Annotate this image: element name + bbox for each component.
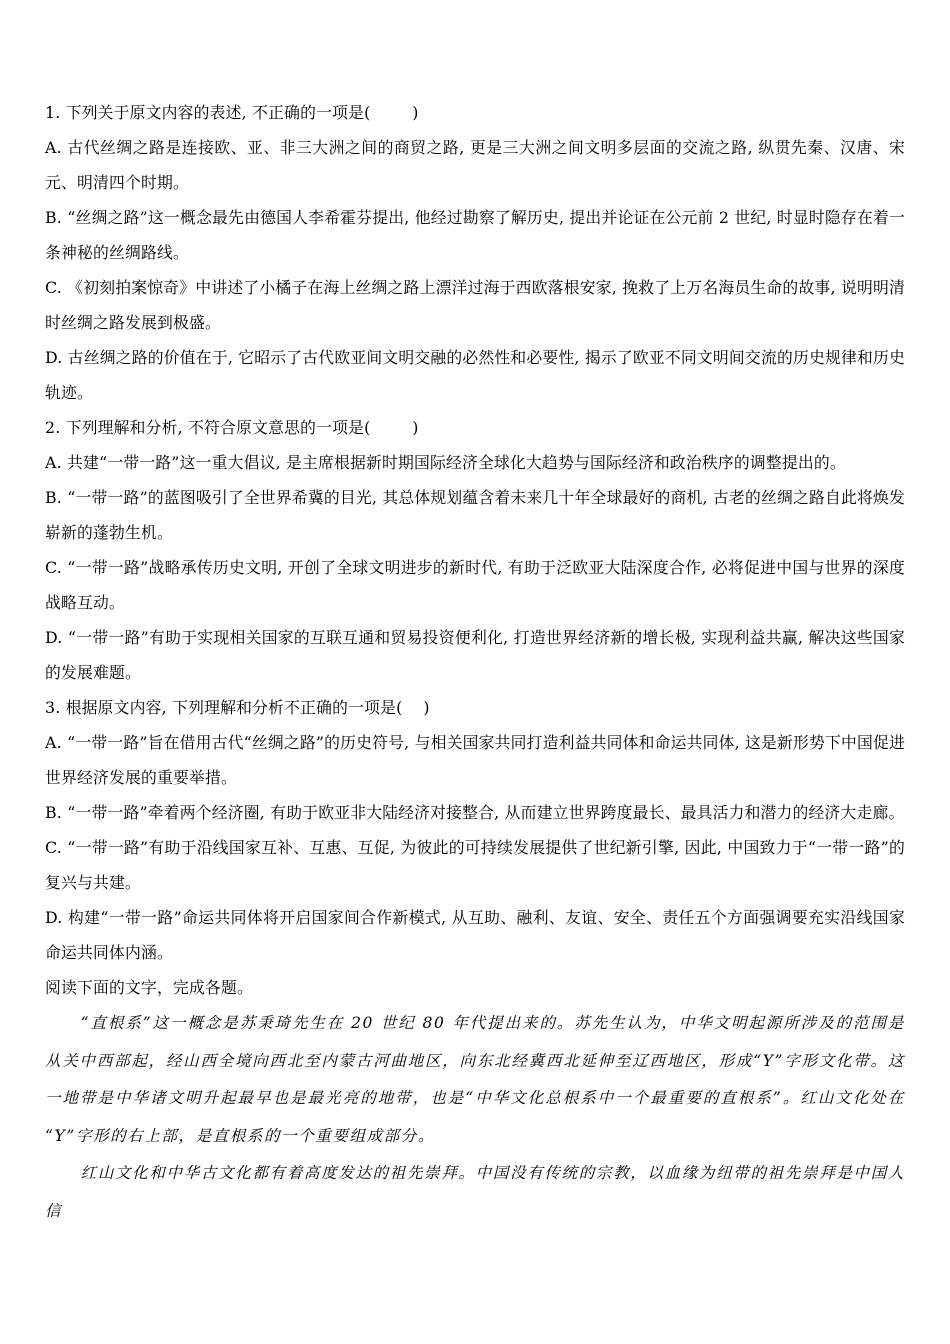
question-1-option-c: C. 《初刻拍案惊奇》中讲述了小橘子在海上丝绸之路上漂洋过海于西欧落根安家, 挽…	[45, 270, 905, 340]
question-2-stem: 2. 下列理解和分析, 不符合原文意思的一项是( )	[45, 410, 905, 445]
question-1-option-d: D. 古丝绸之路的价值在于, 它昭示了古代欧亚间文明交融的必然性和必要性, 揭示…	[45, 340, 905, 410]
passage-paragraph-2: 红山文化和中华古文化都有着高度发达的祖先崇拜。中国没有传统的宗教，以血缘为纽带的…	[45, 1155, 905, 1230]
question-3-block: 3. 根据原文内容, 下列理解和分析不正确的一项是( ) A. “一带一路”旨在…	[45, 690, 905, 970]
question-3-option-d: D. 构建“一带一路”命运共同体将开启国家间合作新模式, 从互助、融利、友谊、安…	[45, 900, 905, 970]
question-1-stem: 1. 下列关于原文内容的表述, 不正确的一项是( )	[45, 95, 905, 130]
exam-document-page: 1. 下列关于原文内容的表述, 不正确的一项是( ) A. 古代丝绸之路是连接欧…	[0, 0, 950, 1344]
question-3-option-a: A. “一带一路”旨在借用古代“丝绸之路”的历史符号, 与相关国家共同打造利益共…	[45, 725, 905, 795]
question-3-stem: 3. 根据原文内容, 下列理解和分析不正确的一项是( )	[45, 690, 905, 725]
question-2-option-a: A. 共建“一带一路”这一重大倡议, 是主席根据新时期国际经济全球化大趋势与国际…	[45, 445, 905, 480]
question-2-block: 2. 下列理解和分析, 不符合原文意思的一项是( ) A. 共建“一带一路”这一…	[45, 410, 905, 690]
reading-passage: “直根系”这一概念是苏秉琦先生在 20 世纪 80 年代提出来的。苏先生认为，中…	[45, 1005, 905, 1230]
question-3-option-b: B. “一带一路”牵着两个经济圈, 有助于欧亚非大陆经济对接整合, 从而建立世界…	[45, 795, 905, 830]
question-2-option-d: D. “一带一路”有助于实现相关国家的互联互通和贸易投资便利化, 打造世界经济新…	[45, 620, 905, 690]
question-1-block: 1. 下列关于原文内容的表述, 不正确的一项是( ) A. 古代丝绸之路是连接欧…	[45, 95, 905, 410]
question-1-option-a: A. 古代丝绸之路是连接欧、亚、非三大洲之间的商贸之路, 更是三大洲之间文明多层…	[45, 130, 905, 200]
passage-paragraph-1: “直根系”这一概念是苏秉琦先生在 20 世纪 80 年代提出来的。苏先生认为，中…	[45, 1005, 905, 1155]
question-3-option-c: C. “一带一路”有助于沿线国家互补、互惠、互促, 为彼此的可持续发展提供了世纪…	[45, 830, 905, 900]
question-2-option-c: C. “一带一路”战略承传历史文明, 开创了全球文明进步的新时代, 有助于泛欧亚…	[45, 550, 905, 620]
question-1-option-b: B. “丝绸之路”这一概念最先由德国人李希霍芬提出, 他经过勘察了解历史, 提出…	[45, 200, 905, 270]
reading-prompt: 阅读下面的文字，完成各题。	[45, 970, 905, 1005]
question-2-option-b: B. “一带一路”的蓝图吸引了全世界希冀的目光, 其总体规划蕴含着未来几十年全球…	[45, 480, 905, 550]
